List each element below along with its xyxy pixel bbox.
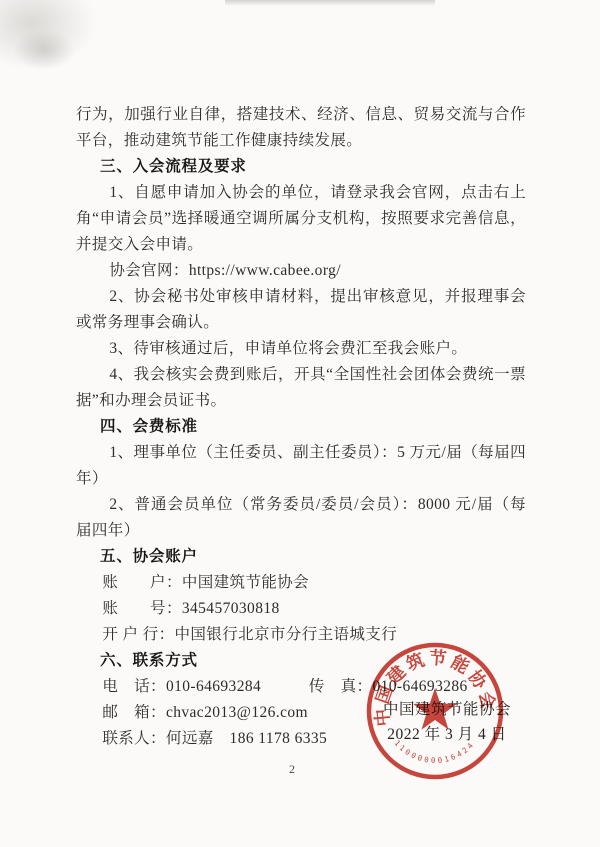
section-heading-contact-info: 六、联系方式 bbox=[76, 648, 526, 674]
paragraph-step-2: 2、协会秘书处审核申请材料，提出审核意见，并报理事会或常务理事会确认。 bbox=[76, 284, 526, 336]
paragraph-fee-regular-member: 2、普通会员单位（常务委员/委员/会员）：8000 元/届（每届四年） bbox=[76, 492, 526, 544]
bank-branch-line: 开 户 行：中国银行北京市分行主语城支行 bbox=[76, 622, 526, 648]
section-heading-fee-standard: 四、会费标准 bbox=[76, 414, 526, 440]
paragraph-fee-director-unit: 1、理事单位（主任委员、副主任委员）：5 万元/届（每届四年） bbox=[76, 440, 526, 492]
account-number-line: 账 号：345457030818 bbox=[76, 596, 526, 622]
document-body: 行为，加强行业自律，搭建技术、经济、信息、贸易交流与合作平台，推动建筑节能工作健… bbox=[76, 102, 526, 752]
paragraph-continuation: 行为，加强行业自律，搭建技术、经济、信息、贸易交流与合作平台，推动建筑节能工作健… bbox=[76, 102, 526, 154]
section-heading-membership-process: 三、入会流程及要求 bbox=[76, 154, 526, 180]
signature-org-name: 中国建筑节能协会 bbox=[352, 697, 542, 722]
scanned-document-page: 行为，加强行业自律，搭建技术、经济、信息、贸易交流与合作平台，推动建筑节能工作健… bbox=[0, 0, 600, 847]
scan-artifact bbox=[225, 0, 435, 6]
section-heading-association-account: 五、协会账户 bbox=[76, 544, 526, 570]
account-name-line: 账 户：中国建筑节能协会 bbox=[76, 570, 526, 596]
paragraph-step-1: 1、自愿申请加入协会的单位，请登录我会官网，点击右上角“申请会员”选择暖通空调所… bbox=[76, 180, 526, 258]
page-number: 2 bbox=[270, 762, 314, 777]
paragraph-official-website: 协会官网：https://www.cabee.org/ bbox=[76, 258, 526, 284]
paragraph-step-3: 3、待审核通过后，申请单位将会费汇至我会账户。 bbox=[76, 336, 526, 362]
scan-artifact bbox=[14, 30, 74, 70]
paragraph-step-4: 4、我会核实会费到账后，开具“全国性社会团体会费统一票据”和办理会员证书。 bbox=[76, 362, 526, 414]
signature-date: 2022 年 3 月 4 日 bbox=[352, 722, 542, 747]
scan-artifact bbox=[0, 0, 98, 70]
signature-block: 中国建筑节能协会 2022 年 3 月 4 日 bbox=[352, 697, 542, 747]
